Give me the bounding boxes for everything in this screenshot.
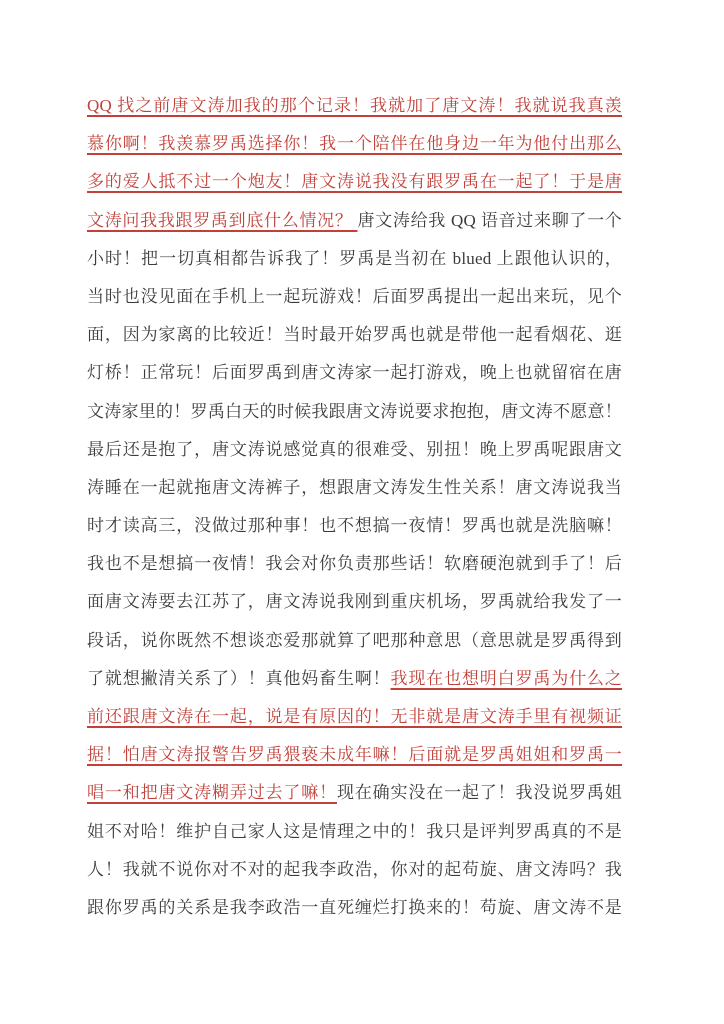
text-line: 段话，说你既然不想谈恋爱那就算了吧那种意思（意思就是罗禹得到 [87,622,622,660]
document-body: QQ 找之前唐文涛加我的那个记录！我就加了唐文涛！我就说我真羡慕你啊！我羡慕罗禹… [87,87,622,927]
highlighted-text-segment: QQ 找之前唐文涛加我的那个记录！我就加了唐文涛！我就说我真羡 [87,96,622,115]
text-segment: 段话，说你既然不想谈恋爱那就算了吧那种意思（意思就是罗禹得到 [87,631,622,650]
highlighted-text-segment: 前还跟唐文涛在一起，说是有原因的！无非就是唐文涛手里有视频证 [87,707,622,726]
text-segment: 涛睡在一起就拖唐文涛裤子，想跟唐文涛发生性关系！唐文涛说我当 [87,478,622,497]
text-line: 人！我就不说你对不对的起我李政浩，你对的起苟旋、唐文涛吗？我 [87,851,622,889]
text-line: QQ 找之前唐文涛加我的那个记录！我就加了唐文涛！我就说我真羡 [87,87,622,125]
text-segment: 唐文涛给我 QQ 语音过来聊了一个 [358,211,623,230]
text-segment: 姐不对哈！维护自己家人这是情理之中的！我只是评判罗禹真的不是 [87,822,622,841]
text-line: 我也不是想搞一夜情！我会对你负责那些话！软磨硬泡就到手了！后 [87,545,622,583]
text-line: 姐不对哈！维护自己家人这是情理之中的！我只是评判罗禹真的不是 [87,813,622,851]
document-page: QQ 找之前唐文涛加我的那个记录！我就加了唐文涛！我就说我真羡慕你啊！我羡慕罗禹… [0,0,724,1024]
highlighted-text-segment: 文涛问我我跟罗禹到底什么情况？ [87,211,358,230]
text-line: 文涛问我我跟罗禹到底什么情况？ 唐文涛给我 QQ 语音过来聊了一个 [87,202,622,240]
highlighted-text-segment: 据！怕唐文涛报警告罗禹猥亵未成年嘛！后面就是罗禹姐姐和罗禹一 [87,745,622,764]
text-line: 多的爱人抵不过一个炮友！唐文涛说我没有跟罗禹在一起了！于是唐 [87,163,622,201]
text-line: 唱一和把唐文涛糊弄过去了嘛！现在确实没在一起了！我没说罗禹姐 [87,774,622,812]
text-segment: 了就想撇清关系了）！真他妈畜生啊！ [87,669,391,688]
text-line: 当时也没见面在手机上一起玩游戏！后面罗禹提出一起出来玩，见个 [87,278,622,316]
text-segment: 跟你罗禹的关系是我李政浩一直死缠烂打换来的！苟旋、唐文涛不是 [87,898,622,917]
text-line: 面唐文涛要去江苏了，唐文涛说我刚到重庆机场，罗禹就给我发了一 [87,583,622,621]
text-segment: 我也不是想搞一夜情！我会对你负责那些话！软磨硬泡就到手了！后 [87,554,622,573]
text-line: 时才读高三，没做过那种事！也不想搞一夜情！罗禹也就是洗脑嘛！ [87,507,622,545]
text-segment: 当时也没见面在手机上一起玩游戏！后面罗禹提出一起出来玩，见个 [87,287,622,306]
highlighted-text-segment: 慕你啊！我羡慕罗禹选择你！我一个陪伴在他身边一年为他付出那么 [87,134,622,153]
text-segment: 灯桥！正常玩！后面罗禹到唐文涛家一起打游戏，晚上也就留宿在唐 [87,363,622,382]
text-segment: 面唐文涛要去江苏了，唐文涛说我刚到重庆机场，罗禹就给我发了一 [87,592,622,611]
text-line: 前还跟唐文涛在一起，说是有原因的！无非就是唐文涛手里有视频证 [87,698,622,736]
text-line: 面，因为家离的比较近！当时最开始罗禹也就是带他一起看烟花、逛 [87,316,622,354]
text-line: 跟你罗禹的关系是我李政浩一直死缠烂打换来的！苟旋、唐文涛不是 [87,889,622,927]
text-segment: 面，因为家离的比较近！当时最开始罗禹也就是带他一起看烟花、逛 [87,325,622,344]
text-segment: 小时！把一切真相都告诉我了！罗禹是当初在 blued 上跟他认识的， [87,249,622,268]
highlighted-text-segment: 多的爱人抵不过一个炮友！唐文涛说我没有跟罗禹在一起了！于是唐 [87,172,622,191]
text-line: 据！怕唐文涛报警告罗禹猥亵未成年嘛！后面就是罗禹姐姐和罗禹一 [87,736,622,774]
text-line: 最后还是抱了，唐文涛说感觉真的很难受、别扭！晚上罗禹呢跟唐文 [87,431,622,469]
text-line: 了就想撇清关系了）！真他妈畜生啊！我现在也想明白罗禹为什么之 [87,660,622,698]
highlighted-text-segment: 我现在也想明白罗禹为什么之 [391,669,622,688]
text-segment: 现在确实没在一起了！我没说罗禹姐 [337,783,622,802]
text-line: 文涛家里的！罗禹白天的时候我跟唐文涛说要求抱抱，唐文涛不愿意！ [87,393,622,431]
text-segment: 人！我就不说你对不对的起我李政浩，你对的起苟旋、唐文涛吗？我 [87,860,622,879]
text-line: 涛睡在一起就拖唐文涛裤子，想跟唐文涛发生性关系！唐文涛说我当 [87,469,622,507]
highlighted-text-segment: 唱一和把唐文涛糊弄过去了嘛！ [87,783,337,802]
text-segment: 时才读高三，没做过那种事！也不想搞一夜情！罗禹也就是洗脑嘛！ [87,516,622,535]
text-segment: 文涛家里的！罗禹白天的时候我跟唐文涛说要求抱抱，唐文涛不愿意！ [87,402,622,421]
text-segment: 最后还是抱了，唐文涛说感觉真的很难受、别扭！晚上罗禹呢跟唐文 [87,440,622,459]
text-line: 慕你啊！我羡慕罗禹选择你！我一个陪伴在他身边一年为他付出那么 [87,125,622,163]
text-line: 灯桥！正常玩！后面罗禹到唐文涛家一起打游戏，晚上也就留宿在唐 [87,354,622,392]
text-line: 小时！把一切真相都告诉我了！罗禹是当初在 blued 上跟他认识的， [87,240,622,278]
